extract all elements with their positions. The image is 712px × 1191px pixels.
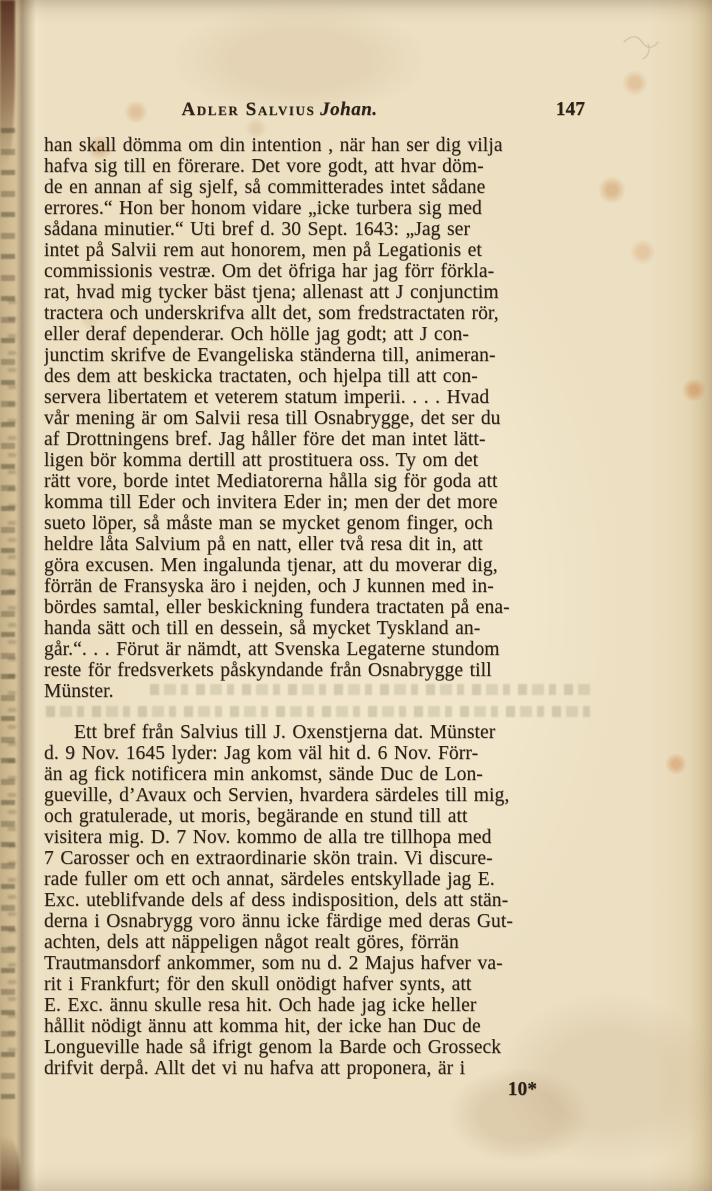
text-line: och gratulerade, ut moris, begärande en … (44, 806, 585, 827)
text-line: heldre låta Salvium på en natt, eller tv… (44, 534, 585, 555)
header-name-italic: Johan. (320, 99, 377, 120)
pencil-mark (618, 26, 678, 66)
text-line: än ag fick notificera min ankomst, sände… (44, 764, 585, 785)
paragraph-1: han skall dömma om din intention , när h… (44, 135, 585, 702)
text-line: bördes samtal, eller beskickning fundera… (44, 597, 585, 618)
text-line: E. Exc. ännu skulle resa hit. Och hade j… (44, 995, 585, 1016)
text-line: 7 Carosser och en extraordinarie skön tr… (44, 848, 585, 869)
running-header: Adler Salvius Johan. 147 (44, 99, 585, 123)
text-line: rat, hvad mig tycker bäst tjena; allenas… (44, 282, 585, 303)
text-line: af Drottningens bref. Jag håller före de… (44, 429, 585, 450)
text-line: gueville, d’Avaux och Servien, hvardera … (44, 785, 585, 806)
text-line: går.“. . . Förut är nämdt, att Svenska L… (44, 639, 585, 660)
gutter-dark-corner-bottom (0, 1136, 20, 1191)
text-line: handa sätt och till en dessein, så mycke… (44, 618, 585, 639)
text-line: d. 9 Nov. 1645 lyder: Jag kom väl hit d.… (44, 743, 585, 764)
text-line: junctim skrifve de Evangeliska ständerna… (44, 345, 585, 366)
text-line: rade fuller om ett och annat, särdeles e… (44, 869, 585, 890)
text-line: Longueville hade så ifrigt genom la Bard… (44, 1037, 585, 1058)
text-line: sueto löper, så måste man se mycket geno… (44, 513, 585, 534)
text-line: intet på Salvii rem aut honorem, men på … (44, 240, 585, 261)
text-line: Exc. uteblifvande dels af dess indisposi… (44, 890, 585, 911)
text-line: rit i Frankfurt; för den skull onödigt h… (44, 974, 585, 995)
text-line: commissionis vestræ. Om det öfriga har j… (44, 261, 585, 282)
text-line: rätt vore, borde intet Mediatorerna håll… (44, 471, 585, 492)
text-line: derna i Osnabrygg voro ännu icke färdige… (44, 911, 585, 932)
text-line: drifvit derpå. Allt det vi nu hafva att … (44, 1058, 585, 1079)
text-line: reste för fredsverkets påskyndande från … (44, 660, 585, 681)
text-line: komma till Eder och invitera Eder in; me… (44, 492, 585, 513)
signature-mark: 10* (44, 1079, 585, 1101)
text-line: Trautmansdorf ankommer, som nu d. 2 Maju… (44, 953, 585, 974)
text-line: des dem att beskicka tractaten, och hjel… (44, 366, 585, 387)
bleed-through-text-line (46, 706, 592, 717)
facing-page-text-fragments-2 (8, 300, 16, 1060)
text-line: hållit nödigt ännu att komma hit, der ic… (44, 1016, 585, 1037)
text-line: ligen bör komma dertill att prostituera … (44, 450, 585, 471)
text-line: han skall dömma om din intention , när h… (44, 135, 585, 156)
text-line: vår mening är om Salvii resa till Osnabr… (44, 408, 585, 429)
text-line: servera libertatem et veterem statum imp… (44, 387, 585, 408)
text-line: förrän de Fransyska äro i nejden, och J … (44, 576, 585, 597)
text-line: tractera och underskrifva allt det, som … (44, 303, 585, 324)
text-line: sådana minutier.“ Uti bref d. 30 Sept. 1… (44, 219, 585, 240)
text-line: hafva sig till en förerare. Det vore god… (44, 156, 585, 177)
text-line: eller deraf dependerar. Och hölle jag go… (44, 324, 585, 345)
bleed-through-text-line (150, 684, 590, 695)
text-line: visitera mig. D. 7 Nov. kommo de alla tr… (44, 827, 585, 848)
header-name-smallcaps: Adler Salvius (181, 99, 315, 120)
scanned-book-page: Adler Salvius Johan. 147 han skall dömma… (0, 0, 712, 1191)
text-block: han skall dömma om din intention , när h… (44, 135, 585, 1101)
text-line: göra excusen. Men ingalunda tjenar, att … (44, 555, 585, 576)
text-line: achten, dels att näppeligen något realt … (44, 932, 585, 953)
page-number: 147 (556, 99, 585, 121)
text-line: de en annan af sig sjelf, så committerad… (44, 177, 585, 198)
header-title: Adler Salvius Johan. (44, 99, 515, 121)
paragraph-2: Ett bref från Salvius till J. Oxenstjern… (44, 722, 585, 1079)
text-line: errores.“ Hon ber honom vidare „icke tur… (44, 198, 585, 219)
text-line: Ett bref från Salvius till J. Oxenstjern… (44, 722, 585, 743)
